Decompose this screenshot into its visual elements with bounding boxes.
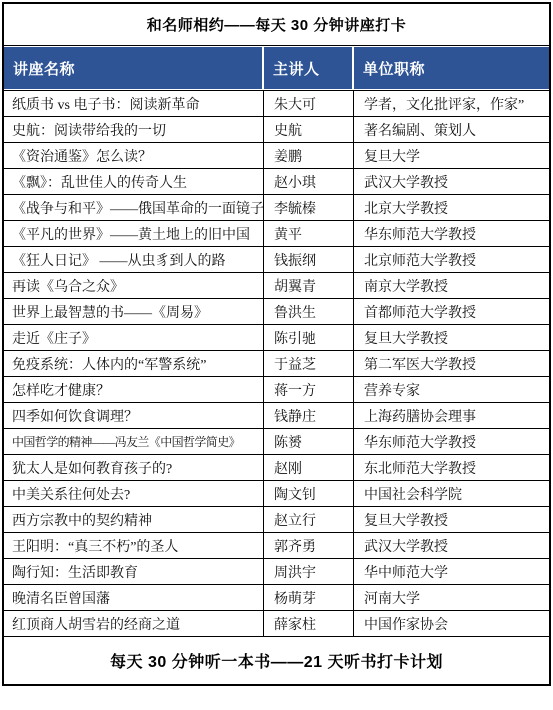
table-row: 免疫系统：人体内的“军警系统” 于益芝 第二军医大学教授 <box>4 351 549 377</box>
affiliation-cell: 学者，文化批评家，作家” <box>354 91 549 116</box>
affiliation-cell: 第二军医大学教授 <box>354 351 549 376</box>
lecture-name-cell: 《飘》：乱世佳人的传奇人生 <box>4 169 264 194</box>
lecture-name-cell: 《平凡的世界》——黄土地上的旧中国 <box>4 221 264 246</box>
speaker-cell: 陈引驰 <box>264 325 354 350</box>
lecture-name-cell: 晚清名臣曾国藩 <box>4 585 264 610</box>
lecture-name-cell: 免疫系统：人体内的“军警系统” <box>4 351 264 376</box>
speaker-cell: 郭齐勇 <box>264 533 354 558</box>
affiliation-cell: 著名编剧、策划人 <box>354 117 549 142</box>
speaker-cell: 鲁洪生 <box>264 299 354 324</box>
table-body: 纸质书 vs 电子书：阅读新革命 朱大可 学者，文化批评家，作家” 史航：阅读带… <box>4 91 549 637</box>
affiliation-cell: 南京大学教授 <box>354 273 549 298</box>
speaker-cell: 黄平 <box>264 221 354 246</box>
column-header-lecture-name: 讲座名称 <box>4 47 262 89</box>
lecture-name-cell: 《战争与和平》——俄国革命的一面镜子 <box>4 195 264 220</box>
table-row: 世界上最智慧的书——《周易》 鲁洪生 首都师范大学教授 <box>4 299 549 325</box>
table-row: 史航：阅读带给我的一切 史航 著名编剧、策划人 <box>4 117 549 143</box>
lecture-name-cell: 世界上最智慧的书——《周易》 <box>4 299 264 324</box>
speaker-cell: 薛家柱 <box>264 611 354 636</box>
speaker-cell: 陈赟 <box>264 429 354 454</box>
speaker-cell: 钱振纲 <box>264 247 354 272</box>
table-row: 陶行知：生活即教育 周洪宇 华中师范大学 <box>4 559 549 585</box>
affiliation-cell: 营养专家 <box>354 377 549 402</box>
affiliation-cell: 华东师范大学教授 <box>354 429 549 454</box>
lecture-name-cell: 王阳明：“真三不朽”的圣人 <box>4 533 264 558</box>
lecture-name-cell: 四季如何饮食调理？ <box>4 403 264 428</box>
speaker-cell: 蒋一方 <box>264 377 354 402</box>
affiliation-cell: 华东师范大学教授 <box>354 221 549 246</box>
speaker-cell: 陶文钊 <box>264 481 354 506</box>
lecture-name-cell: 史航：阅读带给我的一切 <box>4 117 264 142</box>
table-row: 《资治通鉴》怎么读？ 姜鹏 复旦大学 <box>4 143 549 169</box>
lecture-name-cell: 走近《庄子》 <box>4 325 264 350</box>
speaker-cell: 杨萌芽 <box>264 585 354 610</box>
lecture-name-cell: 陶行知：生活即教育 <box>4 559 264 584</box>
table-row: 怎样吃才健康？ 蒋一方 营养专家 <box>4 377 549 403</box>
lecture-name-cell: 西方宗教中的契约精神 <box>4 507 264 532</box>
table-row: 中美关系往何处去? 陶文钊 中国社会科学院 <box>4 481 549 507</box>
affiliation-cell: 复旦大学 <box>354 143 549 168</box>
speaker-cell: 赵刚 <box>264 455 354 480</box>
affiliation-cell: 中国社会科学院 <box>354 481 549 506</box>
affiliation-cell: 武汉大学教授 <box>354 533 549 558</box>
affiliation-cell: 复旦大学教授 <box>354 507 549 532</box>
table-footer: 每天 30 分钟听一本书——21 天听书打卡计划 <box>4 637 549 684</box>
speaker-cell: 史航 <box>264 117 354 142</box>
speaker-cell: 李毓榛 <box>264 195 354 220</box>
table-row: 四季如何饮食调理？ 钱静庄 上海药膳协会理事 <box>4 403 549 429</box>
table-row: 王阳明：“真三不朽”的圣人 郭齐勇 武汉大学教授 <box>4 533 549 559</box>
speaker-cell: 姜鹏 <box>264 143 354 168</box>
speaker-cell: 钱静庄 <box>264 403 354 428</box>
table-title: 和名师相约——每天 30 分钟讲座打卡 <box>4 4 549 46</box>
affiliation-cell: 上海药膳协会理事 <box>354 403 549 428</box>
table-row: 晚清名臣曾国藩 杨萌芽 河南大学 <box>4 585 549 611</box>
table-header-row: 讲座名称 主讲人 单位职称 <box>4 46 549 91</box>
table-row: 纸质书 vs 电子书：阅读新革命 朱大可 学者，文化批评家，作家” <box>4 91 549 117</box>
affiliation-cell: 北京大学教授 <box>354 195 549 220</box>
lecture-name-cell: 中国哲学的精神——冯友兰《中国哲学简史》 <box>4 429 264 454</box>
speaker-cell: 于益芝 <box>264 351 354 376</box>
affiliation-cell: 北京师范大学教授 <box>354 247 549 272</box>
lecture-name-cell: 红顶商人胡雪岩的经商之道 <box>4 611 264 636</box>
affiliation-cell: 复旦大学教授 <box>354 325 549 350</box>
lecture-name-cell: 怎样吃才健康？ <box>4 377 264 402</box>
column-header-affiliation: 单位职称 <box>354 47 549 89</box>
affiliation-cell: 河南大学 <box>354 585 549 610</box>
table-row: 中国哲学的精神——冯友兰《中国哲学简史》 陈赟 华东师范大学教授 <box>4 429 549 455</box>
affiliation-cell: 中国作家协会 <box>354 611 549 636</box>
speaker-cell: 胡翼青 <box>264 273 354 298</box>
table-row: 《平凡的世界》——黄土地上的旧中国 黄平 华东师范大学教授 <box>4 221 549 247</box>
affiliation-cell: 东北师范大学教授 <box>354 455 549 480</box>
table-row: 《狂人日记》 ——从虫豸到人的路 钱振纲 北京师范大学教授 <box>4 247 549 273</box>
table-row: 红顶商人胡雪岩的经商之道 薛家柱 中国作家协会 <box>4 611 549 637</box>
table-row: 《战争与和平》——俄国革命的一面镜子 李毓榛 北京大学教授 <box>4 195 549 221</box>
column-header-speaker: 主讲人 <box>264 47 352 89</box>
affiliation-cell: 武汉大学教授 <box>354 169 549 194</box>
affiliation-cell: 首都师范大学教授 <box>354 299 549 324</box>
table-row: 西方宗教中的契约精神 赵立行 复旦大学教授 <box>4 507 549 533</box>
lecture-name-cell: 中美关系往何处去? <box>4 481 264 506</box>
table-row: 再读《乌合之众》 胡翼青 南京大学教授 <box>4 273 549 299</box>
table-row: 《飘》：乱世佳人的传奇人生 赵小琪 武汉大学教授 <box>4 169 549 195</box>
speaker-cell: 周洪宇 <box>264 559 354 584</box>
table-row: 犹太人是如何教育孩子的? 赵刚 东北师范大学教授 <box>4 455 549 481</box>
table-row: 走近《庄子》 陈引驰 复旦大学教授 <box>4 325 549 351</box>
affiliation-cell: 华中师范大学 <box>354 559 549 584</box>
lecture-name-cell: 纸质书 vs 电子书：阅读新革命 <box>4 91 264 116</box>
lecture-name-cell: 《资治通鉴》怎么读？ <box>4 143 264 168</box>
lecture-name-cell: 犹太人是如何教育孩子的? <box>4 455 264 480</box>
speaker-cell: 朱大可 <box>264 91 354 116</box>
speaker-cell: 赵小琪 <box>264 169 354 194</box>
speaker-cell: 赵立行 <box>264 507 354 532</box>
lecture-schedule-table: 和名师相约——每天 30 分钟讲座打卡 讲座名称 主讲人 单位职称 纸质书 vs… <box>2 2 551 686</box>
lecture-name-cell: 再读《乌合之众》 <box>4 273 264 298</box>
lecture-name-cell: 《狂人日记》 ——从虫豸到人的路 <box>4 247 264 272</box>
